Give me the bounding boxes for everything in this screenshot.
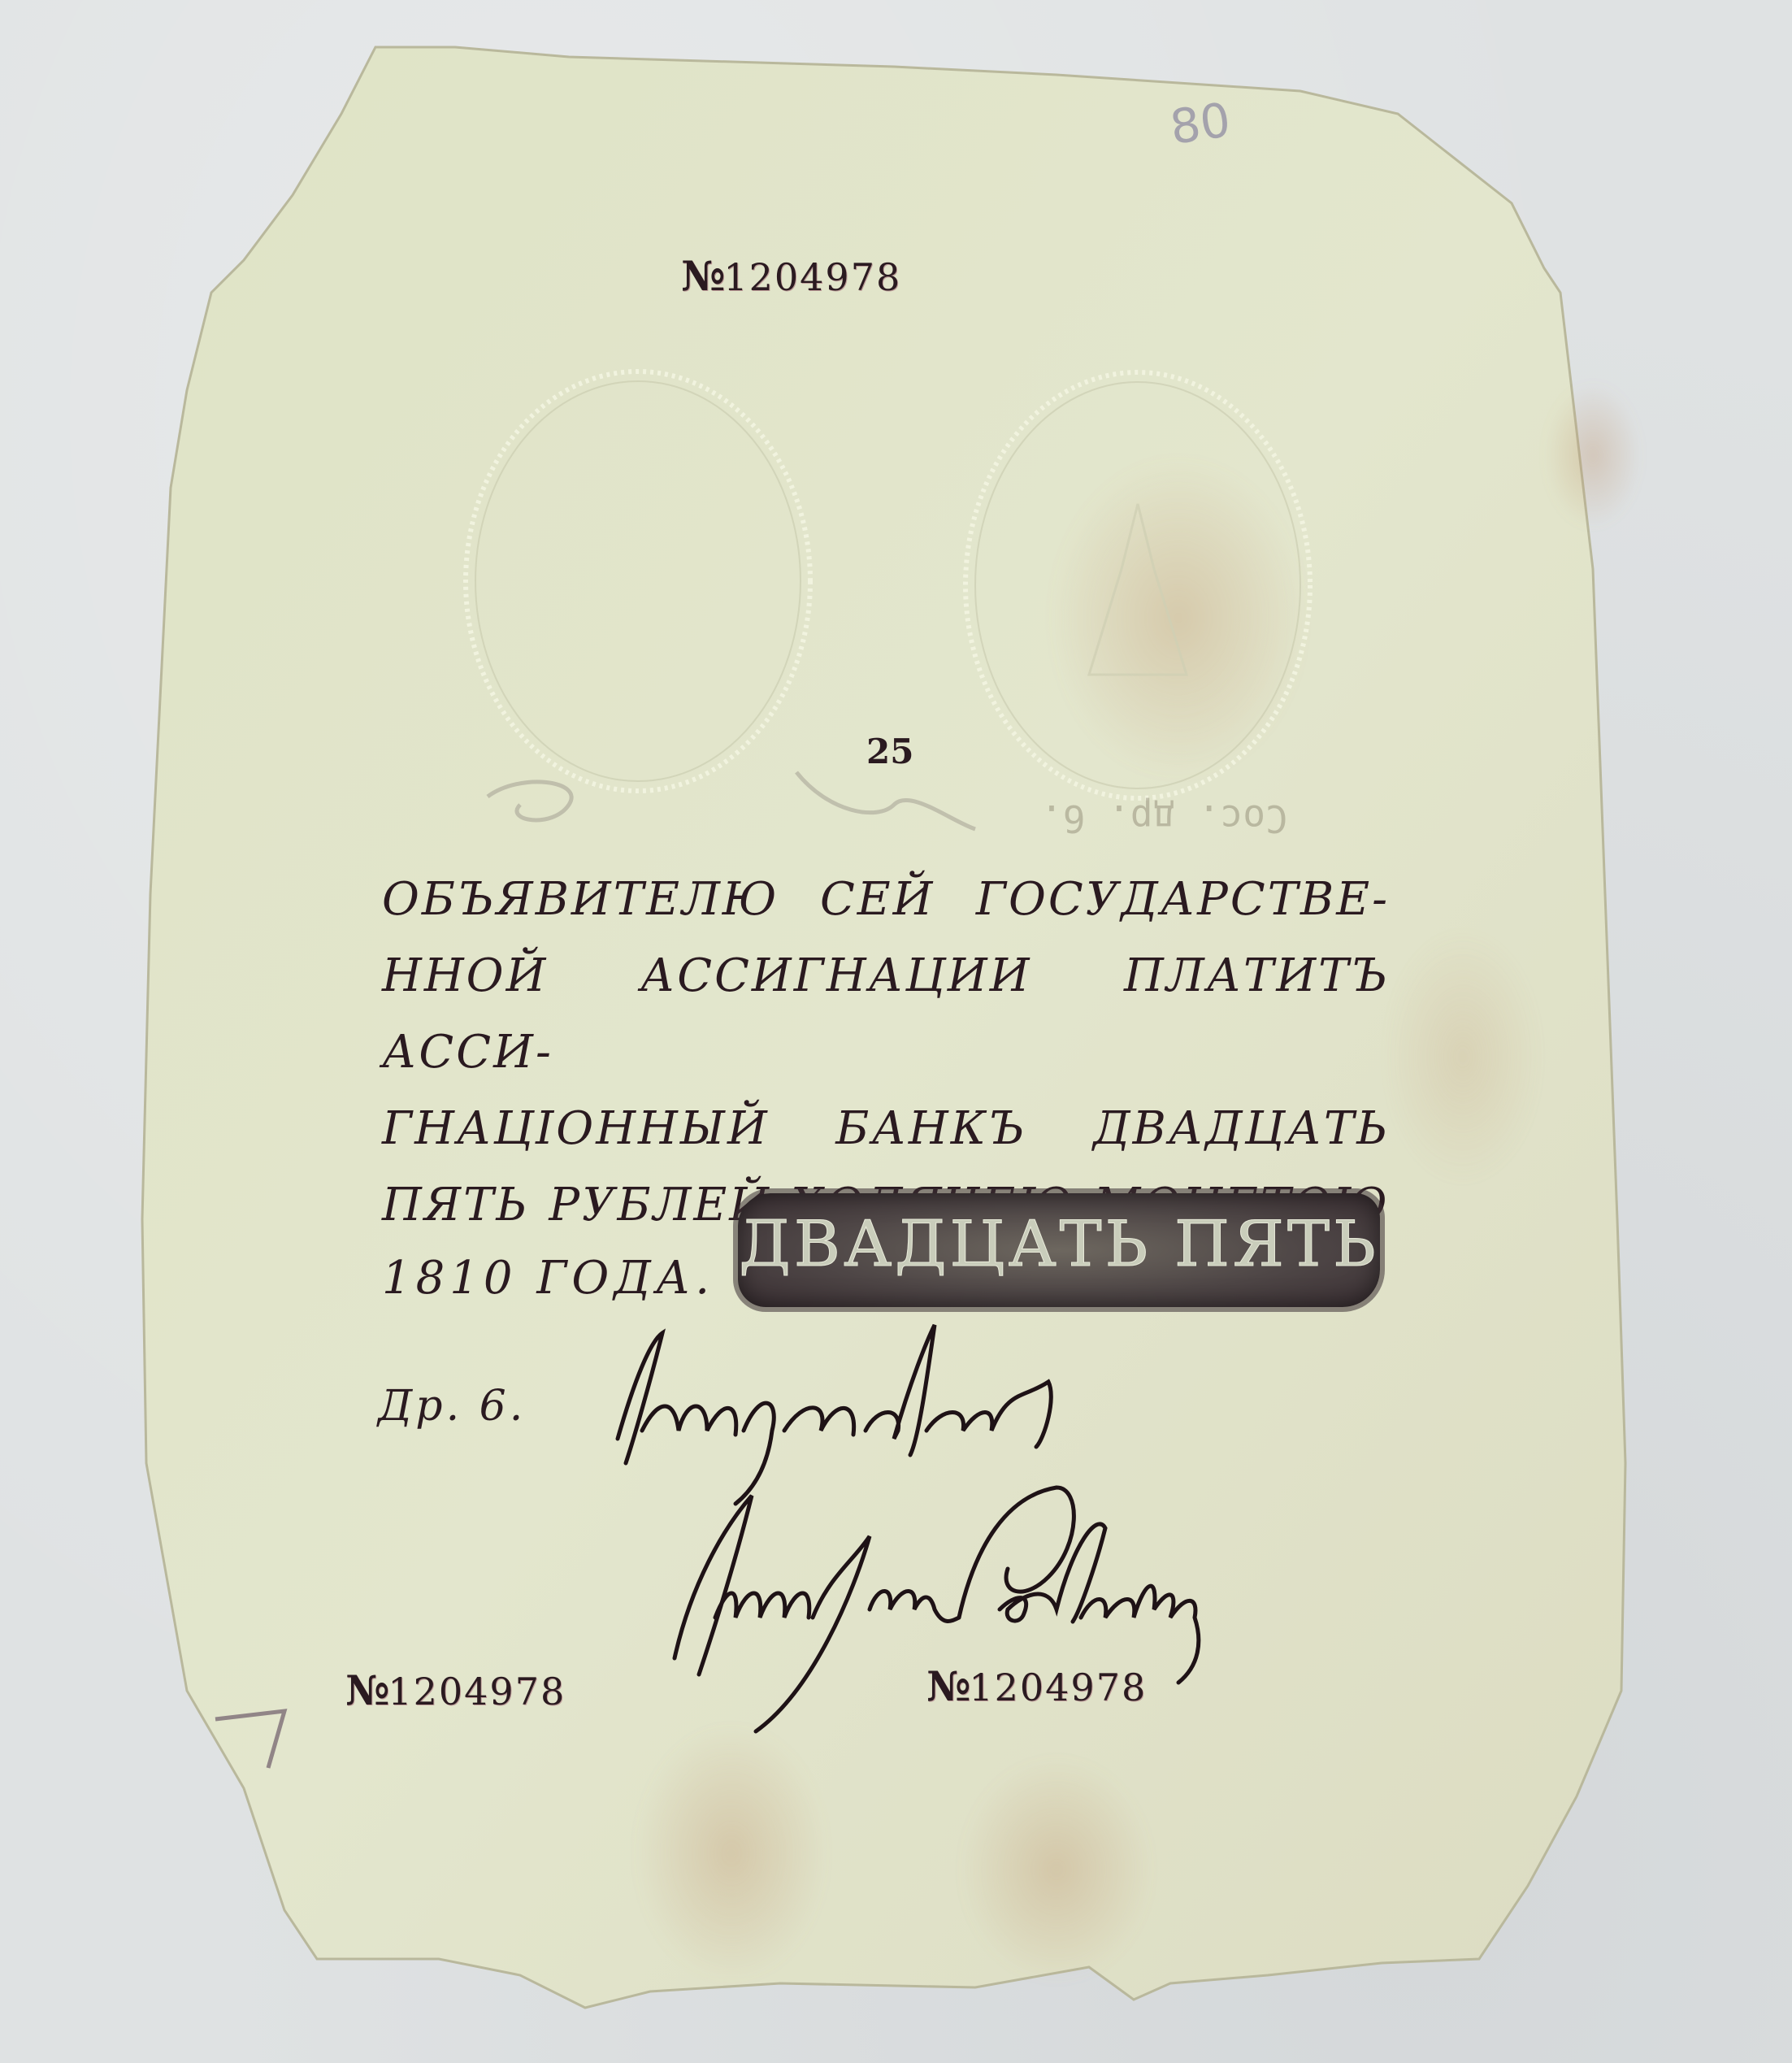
obligation-text: ОБЪЯВИТЕЛЮ СЕЙ ГОСУДАРСТВЕ- ННОЙ АССИГНА… xyxy=(382,862,1390,1244)
serial-number-top: №1204978 xyxy=(681,252,901,300)
denomination-stamp: ДВАДЦАТЬ ПЯТЬ xyxy=(738,1193,1380,1307)
serial-number-bottom-right: №1204978 xyxy=(926,1662,1147,1710)
stamp-text: ДВАДЦАТЬ ПЯТЬ xyxy=(738,1208,1380,1281)
issue-mark: Др. 6. xyxy=(378,1382,526,1431)
year-text: 1810 ГОДА. xyxy=(382,1252,714,1305)
text-line-2: ННОЙ АССИГНАЦИИ ПЛАТИТЪ АССИ- xyxy=(382,938,1390,1091)
serial-digits: 1204978 xyxy=(388,1670,566,1713)
numero-sign: № xyxy=(926,1662,969,1710)
banknote-paper: 80 №1204978 Соc. др. 6. 25 ОБЪЯВИТЕЛЮ СЕ… xyxy=(0,0,1792,2063)
numero-sign: № xyxy=(345,1666,388,1714)
faint-stamp-showthrough: Соc. др. 6. xyxy=(1040,797,1288,840)
pencil-mark: 80 xyxy=(1167,92,1234,155)
denomination-numeral: 25 xyxy=(866,732,913,771)
serial-digits: 1204978 xyxy=(969,1666,1147,1709)
text-line-1: ОБЪЯВИТЕЛЮ СЕЙ ГОСУДАРСТВЕ- xyxy=(382,862,1390,938)
numero-sign: № xyxy=(681,252,723,300)
text-line-3: ГНАЦІОННЫЙ БАНКЪ ДВАДЦАТЬ xyxy=(382,1091,1390,1167)
serial-number-bottom-left: №1204978 xyxy=(345,1666,566,1714)
serial-digits: 1204978 xyxy=(723,255,901,299)
